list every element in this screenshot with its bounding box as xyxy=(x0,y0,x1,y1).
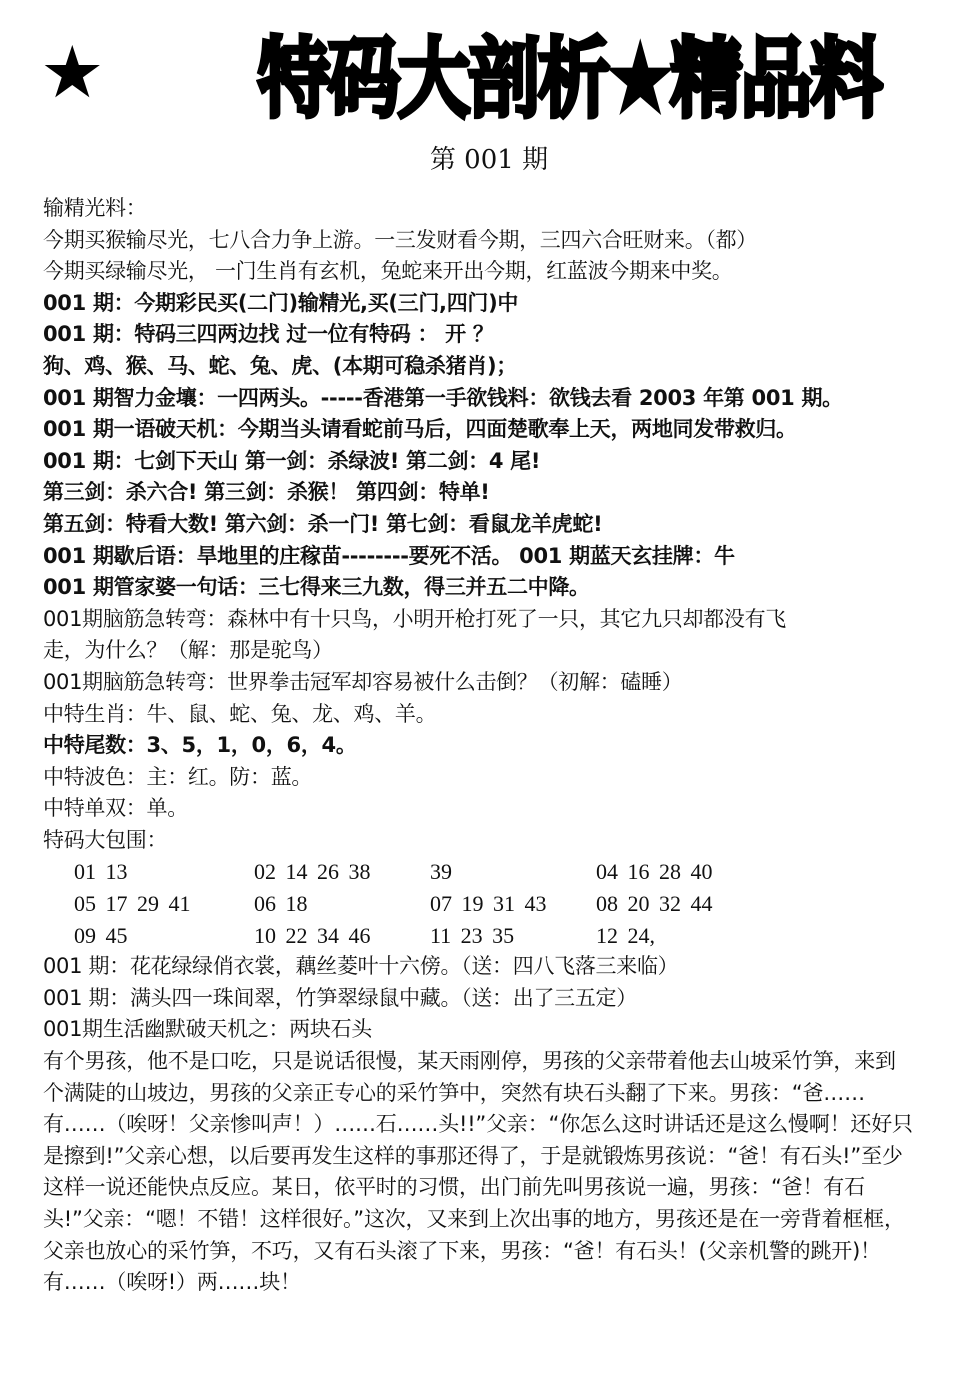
text-line: 第三剑：杀六合! 第三剑：杀猴！ 第四剑：特单! xyxy=(43,477,923,509)
star-icon: ★ xyxy=(40,32,105,112)
text-line: 001 期智力金壤：一四两头。-----香港第一手欲钱料：欲钱去看 2003 年… xyxy=(43,383,923,415)
text-line: 001 期：七剑下天山 第一剑：杀绿波! 第二剑：4 尾! xyxy=(43,446,923,478)
text-line: 001期生活幽默破天机之：两块石头 xyxy=(43,1014,923,1046)
text-line: 中特尾数：3、5，1，0，6，4。 xyxy=(43,730,923,762)
header: ★ 特码大剖析★精品料 xyxy=(0,28,978,118)
number-group: 11 23 35 xyxy=(430,920,596,952)
text-line: 今期买绿输尽光， 一门生肖有玄机，兔蛇来开出今期，红蓝波今期来中奖。 xyxy=(43,256,923,288)
text-line: 001 期：今期彩民买(二门)输精光,买(三门,四门)中 xyxy=(43,288,923,320)
text-line: 中特波色：主：红。防：蓝。 xyxy=(43,762,923,794)
number-group: 06 18 xyxy=(254,888,430,920)
text-line: 001 期：特码三四两边找 过一位有特码 ： 开 ？ xyxy=(43,319,923,351)
number-group: 39 xyxy=(430,856,596,888)
number-grid: 01 13 02 14 26 38 39 04 16 28 40 05 17 2… xyxy=(43,856,923,951)
section-heading: 输精光料： xyxy=(43,193,923,225)
document-body: 输精光料： 今期买猴输尽光，七八合力争上游。一三发财看今期，三四六合旺财来。（都… xyxy=(43,193,923,1299)
text-line: 001期脑筋急转弯：森林中有十只鸟，小明开枪打死了一只，其它九只却都没有飞 xyxy=(43,604,923,636)
text-line: 第五剑：特看大数! 第六剑：杀一门! 第七剑：看鼠龙羊虎蛇! xyxy=(43,509,923,541)
page-title: 特码大剖析★精品料 xyxy=(258,28,881,129)
text-line: 中特生肖：牛、鼠、蛇、兔、龙、鸡、羊。 xyxy=(43,699,923,731)
number-group: 09 45 xyxy=(74,920,254,952)
text-line: 001 期管家婆一句话：三七得来三九数，得三并五二中降。 xyxy=(43,572,923,604)
text-line: 001 期歇后语：旱地里的庄稼苗--------要死不活。 001 期蓝天玄挂牌… xyxy=(43,541,923,573)
number-group: 07 19 31 43 xyxy=(430,888,596,920)
text-line: 001 期：花花绿绿俏衣裳，藕丝菱叶十六傍。（送：四八飞落三来临） xyxy=(43,951,923,983)
text-line: 狗、鸡、猴、马、蛇、兔、虎、(本期可稳杀猪肖)； xyxy=(43,351,923,383)
text-line: 今期买猴输尽光，七八合力争上游。一三发财看今期，三四六合旺财来。（都） xyxy=(43,225,923,257)
number-group: 01 13 xyxy=(74,856,254,888)
number-group: 02 14 26 38 xyxy=(254,856,430,888)
text-line: 特码大包围： xyxy=(43,825,923,857)
text-line: 001期脑筋急转弯：世界拳击冠军却容易被什么击倒？（初解：磕睡） xyxy=(43,667,923,699)
text-line: 走，为什么？（解：那是驼鸟） xyxy=(43,635,923,667)
number-group: 12 24, xyxy=(596,920,796,952)
story-paragraph: 有个男孩，他不是口吃，只是说话很慢，某天雨刚停，男孩的父亲带着他去山坡采竹笋，来… xyxy=(43,1046,913,1299)
text-line: 中特单双：单。 xyxy=(43,793,923,825)
number-group: 04 16 28 40 xyxy=(596,856,796,888)
number-group: 05 17 29 41 xyxy=(74,888,254,920)
text-line: 001 期一语破天机：今期当头请看蛇前马后，四面楚歌奉上天，两地同发带救归。 xyxy=(43,414,923,446)
number-group: 10 22 34 46 xyxy=(254,920,430,952)
issue-number: 第 001 期 xyxy=(0,142,978,178)
number-group: 08 20 32 44 xyxy=(596,888,796,920)
text-line: 001 期：满头四一珠间翠，竹笋翠绿鼠中藏。（送：出了三五定） xyxy=(43,983,923,1015)
